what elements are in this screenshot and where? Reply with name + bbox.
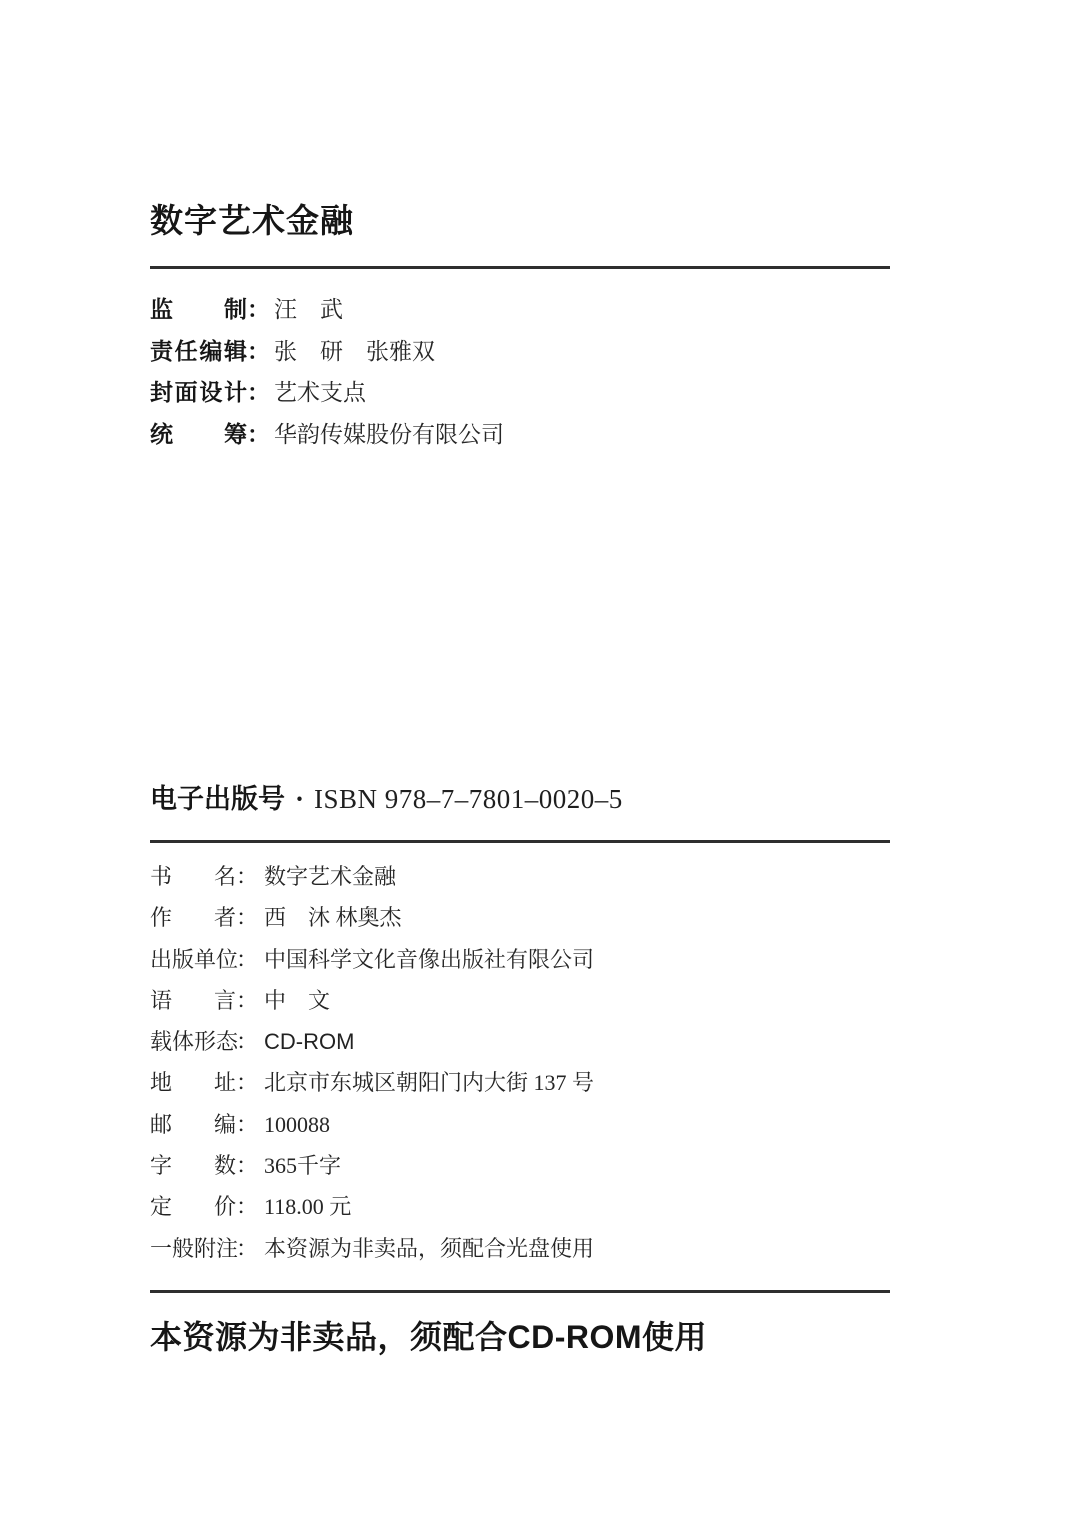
info-colon: ： xyxy=(236,864,258,889)
divider-middle xyxy=(150,840,890,843)
info-row: 书名：数字艺术金融 xyxy=(150,856,970,897)
credit-row: 责任编辑：张 研 张雅双 xyxy=(150,331,950,373)
info-value: CD-ROM xyxy=(258,1029,354,1054)
isbn-line: 电子出版号·ISBN 978–7–7801–0020–5 xyxy=(150,783,623,815)
info-label: 定价 xyxy=(150,1186,236,1227)
info-colon: ： xyxy=(236,947,258,972)
credit-row: 统筹：华韵传媒股份有限公司 xyxy=(150,414,950,456)
info-label: 字数 xyxy=(150,1145,236,1186)
info-label: 出版单位 xyxy=(150,939,236,980)
info-colon: ： xyxy=(236,1029,258,1054)
info-value: 100088 xyxy=(258,1112,330,1137)
info-colon: ： xyxy=(236,905,258,930)
credit-colon: ： xyxy=(247,421,270,447)
info-colon: ： xyxy=(236,1236,258,1261)
info-row: 字数：365千字 xyxy=(150,1145,970,1186)
info-colon: ： xyxy=(236,988,258,1013)
credit-value: 汪 武 xyxy=(270,297,343,322)
info-value: 中国科学文化音像出版社有限公司 xyxy=(258,947,594,972)
credit-colon: ： xyxy=(247,379,270,405)
info-label: 书名 xyxy=(150,856,236,897)
credit-label: 责任编辑 xyxy=(150,331,247,373)
info-row: 邮编：100088 xyxy=(150,1104,970,1145)
info-row: 地址：北京市东城区朝阳门内大街 137 号 xyxy=(150,1062,970,1103)
credit-value: 华韵传媒股份有限公司 xyxy=(270,422,504,447)
isbn-prefix: 电子出版号 xyxy=(150,784,285,814)
info-colon: ： xyxy=(236,1070,258,1095)
info-row: 语言：中 文 xyxy=(150,980,970,1021)
credit-label: 监制 xyxy=(150,289,247,331)
info-value: 本资源为非卖品，须配合光盘使用 xyxy=(258,1236,594,1261)
info-label: 邮编 xyxy=(150,1104,236,1145)
credit-row: 监制：汪 武 xyxy=(150,289,950,331)
info-colon: ： xyxy=(236,1194,258,1219)
credit-value: 艺术支点 xyxy=(270,380,366,405)
credit-row: 封面设计：艺术支点 xyxy=(150,372,950,414)
isbn-number: ISBN 978–7–7801–0020–5 xyxy=(314,784,623,814)
info-value: 中 文 xyxy=(258,988,330,1013)
info-label: 语言 xyxy=(150,980,236,1021)
info-value: 西 沐 林奥杰 xyxy=(258,905,402,930)
info-row: 定价：118.00 元 xyxy=(150,1186,970,1227)
info-value: 北京市东城区朝阳门内大街 137 号 xyxy=(258,1070,594,1095)
info-row: 出版单位：中国科学文化音像出版社有限公司 xyxy=(150,939,970,980)
info-row: 一般附注：本资源为非卖品，须配合光盘使用 xyxy=(150,1228,970,1269)
info-label: 载体形态 xyxy=(150,1021,236,1062)
info-value: 数字艺术金融 xyxy=(258,864,396,889)
usage-notice: 本资源为非卖品，须配合CD-ROM使用 xyxy=(150,1315,707,1359)
credit-colon: ： xyxy=(247,338,270,364)
info-label: 地址 xyxy=(150,1062,236,1103)
publication-info-block: 书名：数字艺术金融 作者：西 沐 林奥杰 出版单位：中国科学文化音像出版社有限公… xyxy=(150,856,970,1269)
info-row: 载体形态：CD-ROM xyxy=(150,1021,970,1062)
info-value: 365千字 xyxy=(258,1153,341,1178)
info-value: 118.00 元 xyxy=(258,1194,351,1219)
page-title: 数字艺术金融 xyxy=(150,203,354,239)
info-label: 作者 xyxy=(150,897,236,938)
info-row: 作者：西 沐 林奥杰 xyxy=(150,897,970,938)
credit-label: 统筹 xyxy=(150,414,247,456)
credits-block: 监制：汪 武 责任编辑：张 研 张雅双 封面设计：艺术支点 统筹：华韵传媒股份有… xyxy=(150,289,950,455)
divider-top xyxy=(150,266,890,269)
credit-value: 张 研 张雅双 xyxy=(270,339,435,364)
info-colon: ： xyxy=(236,1112,258,1137)
divider-bottom xyxy=(150,1290,890,1293)
isbn-separator: · xyxy=(285,784,314,814)
credit-colon: ： xyxy=(247,296,270,322)
info-label: 一般附注 xyxy=(150,1228,236,1269)
credit-label: 封面设计 xyxy=(150,372,247,414)
info-colon: ： xyxy=(236,1153,258,1178)
colophon-page: 数字艺术金融 监制：汪 武 责任编辑：张 研 张雅双 封面设计：艺术支点 统筹：… xyxy=(0,0,1080,1525)
